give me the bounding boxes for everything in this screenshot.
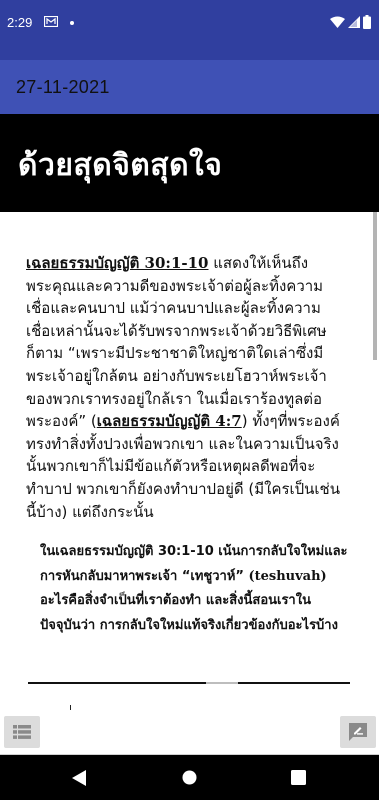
status-time: 2:29 — [7, 15, 32, 30]
list-button[interactable] — [4, 716, 40, 748]
status-icons — [330, 15, 371, 29]
app-bar: 27-11-2021 — [0, 60, 379, 114]
edit-note-icon — [348, 722, 368, 742]
devotional-paragraph: เฉลยธรรมบัญญัติ 30:1-10 แสดงให้เห็นถึงพร… — [26, 252, 342, 523]
scripture-link-deut-30[interactable]: เฉลยธรรมบัญญัติ 30:1-10 — [26, 254, 208, 272]
page-title: ด้วยสุดจิตสุดใจ — [18, 142, 222, 189]
date-label: 27-11-2021 — [16, 77, 110, 98]
back-icon[interactable] — [72, 770, 86, 786]
gmail-icon — [44, 16, 58, 27]
system-nav-bar — [0, 754, 379, 800]
divider-highlight — [206, 682, 238, 684]
title-band: ด้วยสุดจิตสุดใจ — [0, 114, 379, 212]
section-divider — [28, 682, 350, 684]
notification-dot-icon — [70, 21, 74, 25]
list-icon — [13, 725, 31, 739]
status-bar: 2:29 — [0, 0, 379, 60]
text-cursor-mark — [70, 705, 71, 710]
paragraph-text-1: แสดงให้เห็นถึงพระคุณและความดีของพระเจ้าต… — [26, 254, 327, 430]
content-scroll-area[interactable]: เฉลยธรรมบัญญัติ 30:1-10 แสดงให้เห็นถึงพร… — [0, 212, 379, 754]
battery-icon — [363, 15, 371, 29]
signal-icon — [348, 16, 360, 28]
notes-button[interactable] — [340, 716, 376, 748]
home-icon[interactable] — [182, 770, 197, 785]
reflection-question: ในเฉลยธรรมบัญญัติ 30:1-10 เน้นการกลับใจใ… — [40, 540, 350, 638]
question-text-2: อะไรคือสิ่งจำเป็นที่เราต้องทำ และสิ่งนี้… — [40, 593, 338, 633]
recents-icon[interactable] — [291, 770, 306, 785]
question-latin: (teshuvah) — [248, 569, 326, 584]
scrollbar[interactable] — [373, 212, 377, 360]
wifi-icon — [330, 16, 345, 28]
scripture-link-deut-4[interactable]: เฉลยธรรมบัญญัติ 4:7 — [97, 412, 242, 430]
